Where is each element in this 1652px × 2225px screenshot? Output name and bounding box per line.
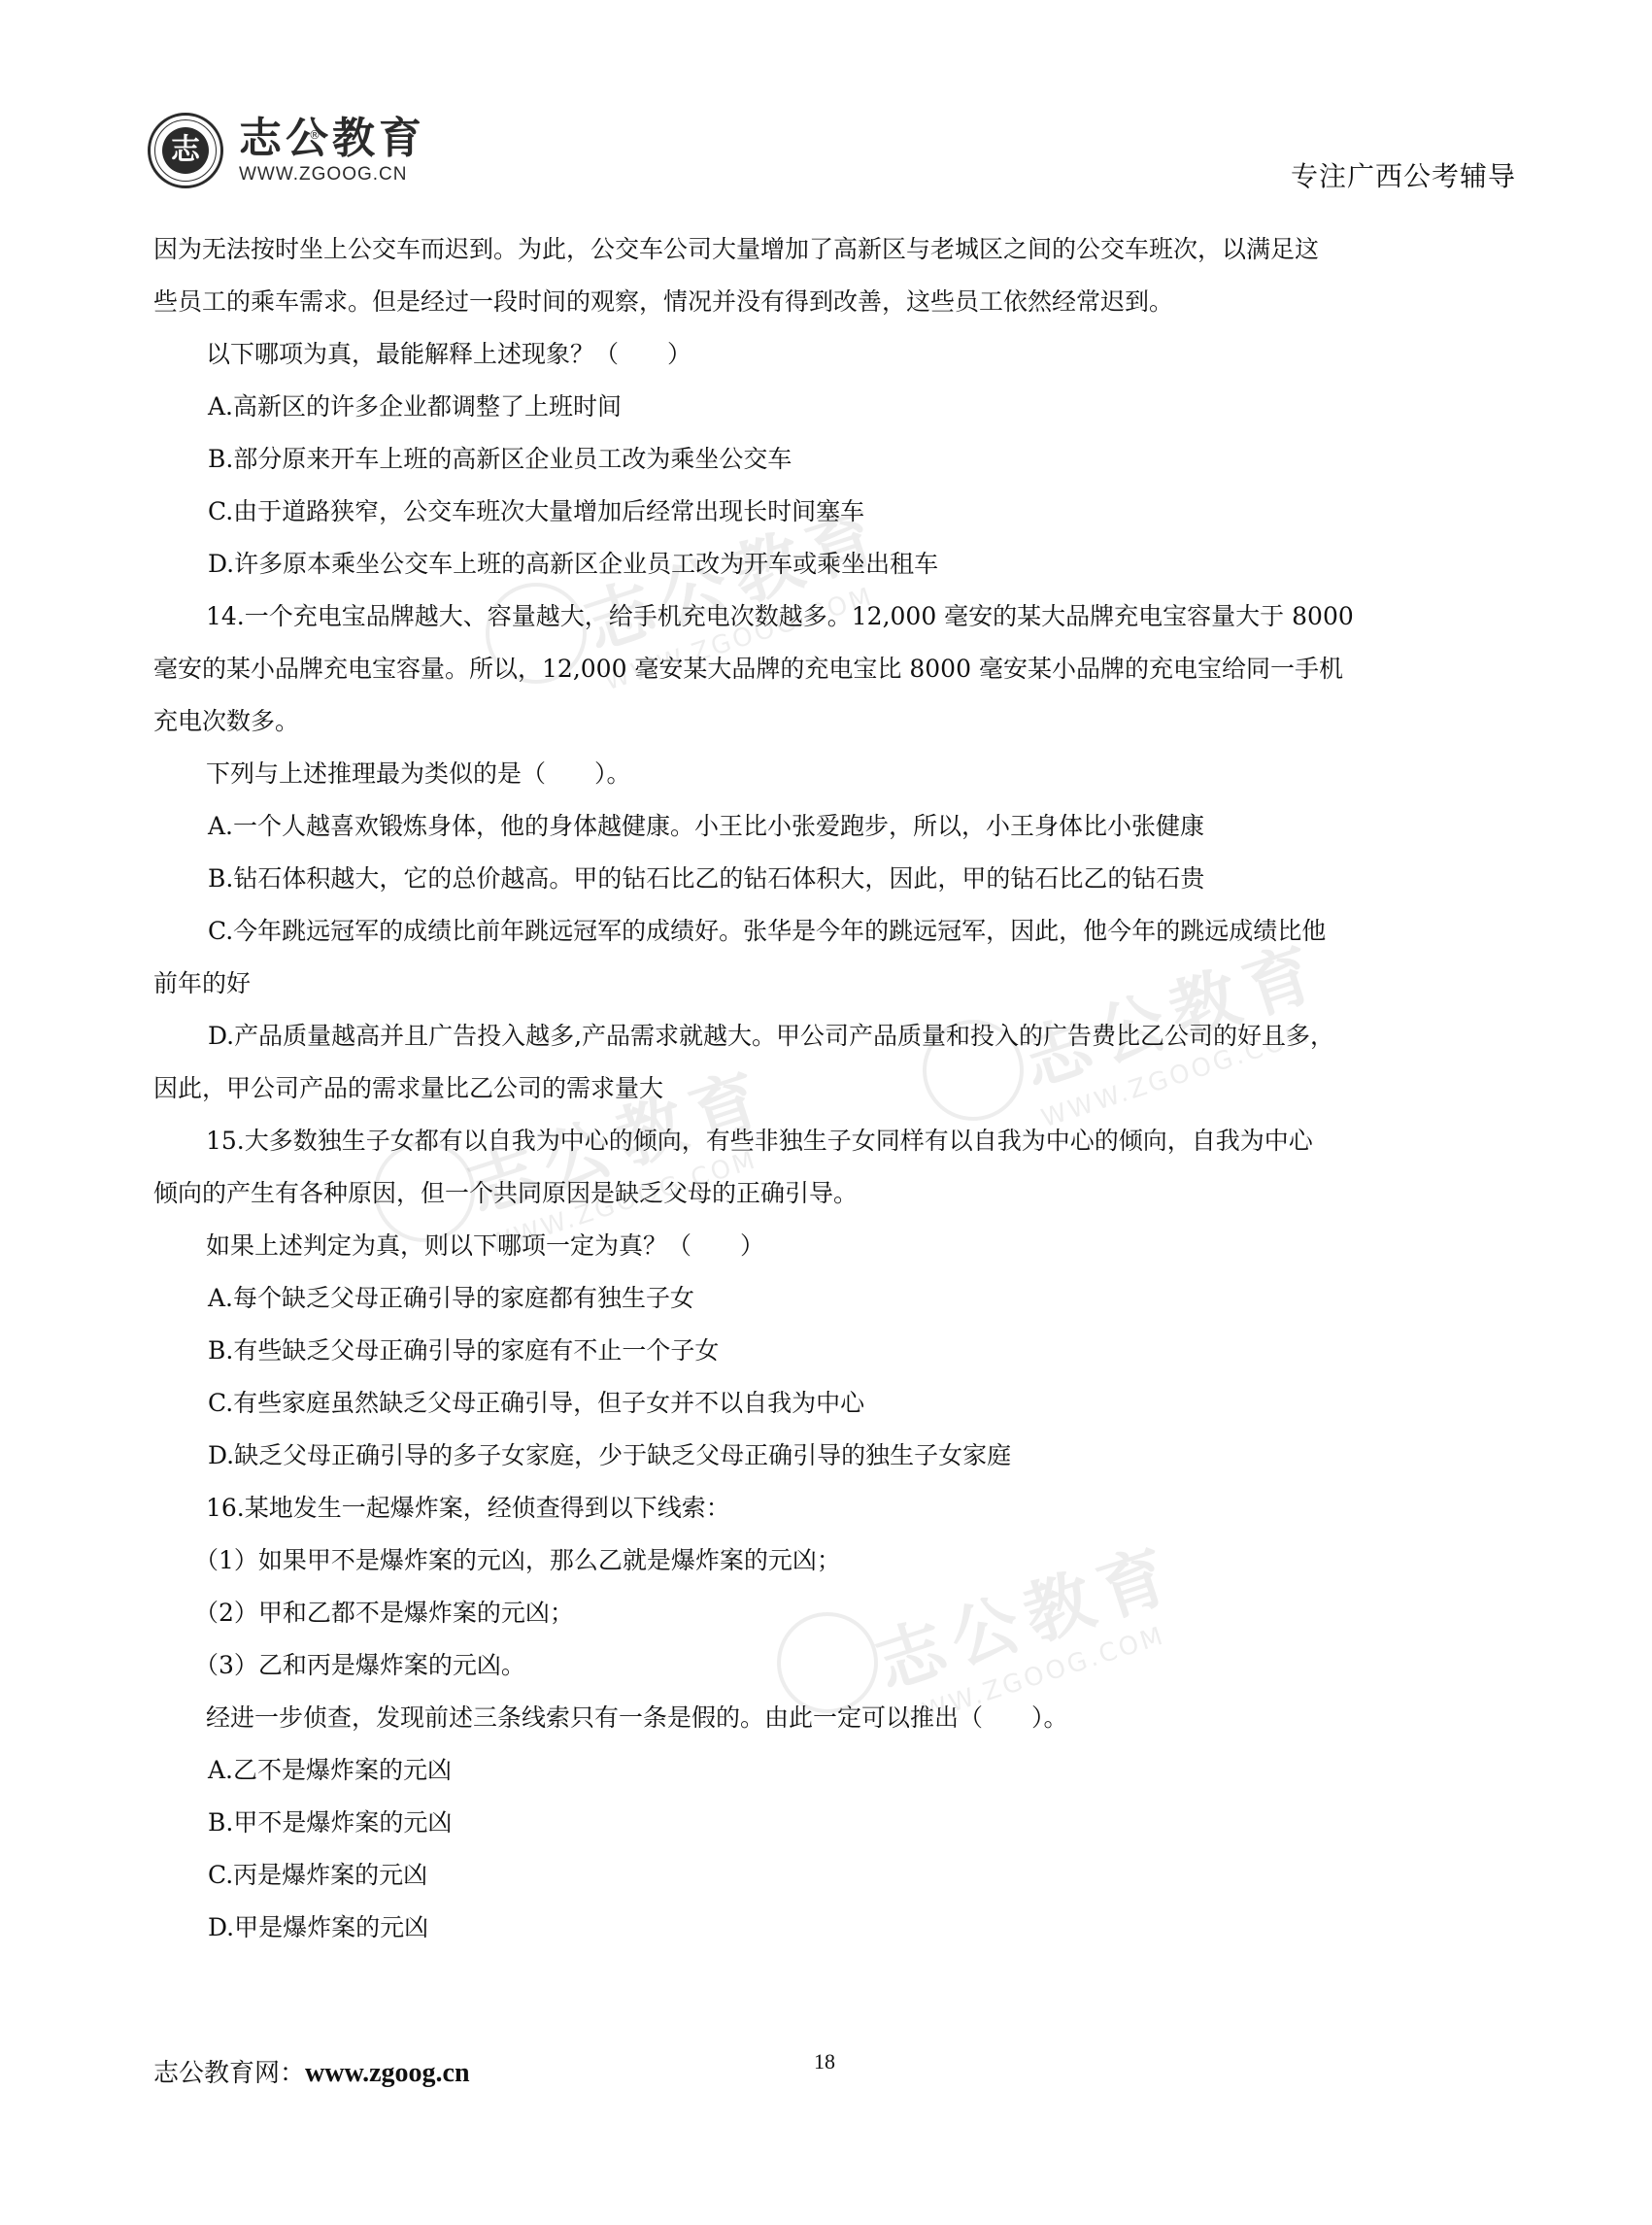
q14-stem-line: 14.一个充电宝品牌越大、容量越大，给手机充电次数越多。12,000 毫安的某大… [153, 590, 1503, 643]
q15-option-b: B.有些缺乏父母正确引导的家庭有不止一个子女 [153, 1325, 1503, 1377]
q14-option-c-continued: 前年的好 [153, 958, 1503, 1010]
header-slogan: 专注广西公考辅导 [1291, 155, 1516, 194]
seal-character: 志 [162, 127, 209, 174]
q16-prompt: 经进一步侦查，发现前述三条线索只有一条是假的。由此一定可以推出（ ）。 [153, 1692, 1503, 1744]
q16-clue-1: （1）如果甲不是爆炸案的元凶，那么乙就是爆炸案的元凶； [153, 1534, 1503, 1587]
q15-stem-line: 15.大多数独生子女都有以自我为中心的倾向，有些非独生子女同样有以自我为中心的倾… [153, 1115, 1503, 1167]
brand-name-text: 志公教育 [239, 114, 425, 163]
q16-option-c: C.丙是爆炸案的元凶 [153, 1849, 1503, 1902]
q15-option-c: C.有些家庭虽然缺乏父母正确引导，但子女并不以自我为中心 [153, 1377, 1503, 1430]
q14-option-d: D.产品质量越高并且广告投入越多,产品需求就越大。甲公司产品质量和投入的广告费比… [153, 1010, 1503, 1062]
q14-option-a: A.一个人越喜欢锻炼身体，他的身体越健康。小王比小张爱跑步，所以，小王身体比小张… [153, 800, 1503, 853]
brand-block: 志公教育® WWW.ZGOOG.CN [239, 116, 425, 185]
q13-option-a: A.高新区的许多企业都调整了上班时间 [153, 381, 1503, 433]
q15-option-d: D.缺乏父母正确引导的多子女家庭，少于缺乏父母正确引导的独生子女家庭 [153, 1430, 1503, 1482]
brand-name: 志公教育® [239, 116, 425, 162]
footer-label: 志公教育网： [153, 2059, 305, 2088]
q13-option-b: B.部分原来开车上班的高新区企业员工改为乘坐公交车 [153, 433, 1503, 486]
q16-clue-3: （3）乙和丙是爆炸案的元凶。 [153, 1639, 1503, 1692]
header-logo: 志 志公教育® WWW.ZGOOG.CN [148, 113, 425, 188]
q15-stem-line: 倾向的产生有各种原因，但一个共同原因是缺乏父母的正确引导。 [153, 1167, 1503, 1220]
q16-clue-2: （2）甲和乙都不是爆炸案的元凶； [153, 1587, 1503, 1639]
q13-option-d: D.许多原本乘坐公交车上班的高新区企业员工改为开车或乘坐出租车 [153, 538, 1503, 590]
q16-option-b: B.甲不是爆炸案的元凶 [153, 1797, 1503, 1849]
document-body: 因为无法按时坐上公交车而迟到。为此，公交车公司大量增加了高新区与老城区之间的公交… [153, 223, 1503, 1954]
page-number: 18 [814, 2049, 835, 2074]
registered-mark: ® [309, 112, 324, 158]
q16-option-d: D.甲是爆炸案的元凶 [153, 1902, 1503, 1954]
q13-stem-line: 些员工的乘车需求。但是经过一段时间的观察，情况并没有得到改善，这些员工依然经常迟… [153, 276, 1503, 328]
q14-option-d-continued: 因此，甲公司产品的需求量比乙公司的需求量大 [153, 1062, 1503, 1115]
brand-url: WWW.ZGOOG.CN [239, 164, 425, 185]
q13-option-c: C.由于道路狭窄，公交车班次大量增加后经常出现长时间塞车 [153, 486, 1503, 538]
q14-stem-line: 毫安的某小品牌充电宝容量。所以，12,000 毫安某大品牌的充电宝比 8000 … [153, 643, 1503, 695]
footer-site: 志公教育网：www.zgoog.cn [153, 2053, 470, 2089]
logo-seal-icon: 志 [148, 113, 223, 188]
q13-stem-line: 因为无法按时坐上公交车而迟到。为此，公交车公司大量增加了高新区与老城区之间的公交… [153, 223, 1503, 276]
q16-option-a: A.乙不是爆炸案的元凶 [153, 1744, 1503, 1797]
q13-prompt: 以下哪项为真，最能解释上述现象？（ ） [153, 328, 1503, 381]
q14-option-c: C.今年跳远冠军的成绩比前年跳远冠军的成绩好。张华是今年的跳远冠军，因此，他今年… [153, 905, 1503, 958]
q14-option-b: B.钻石体积越大，它的总价越高。甲的钻石比乙的钻石体积大，因此，甲的钻石比乙的钻… [153, 853, 1503, 905]
q15-prompt: 如果上述判定为真，则以下哪项一定为真？（ ） [153, 1220, 1503, 1272]
q15-option-a: A.每个缺乏父母正确引导的家庭都有独生子女 [153, 1272, 1503, 1325]
q16-stem: 16.某地发生一起爆炸案，经侦查得到以下线索： [153, 1482, 1503, 1534]
q14-prompt: 下列与上述推理最为类似的是（ ）。 [153, 748, 1503, 800]
q14-stem-line: 充电次数多。 [153, 695, 1503, 748]
footer-url-link[interactable]: www.zgoog.cn [305, 2058, 470, 2088]
